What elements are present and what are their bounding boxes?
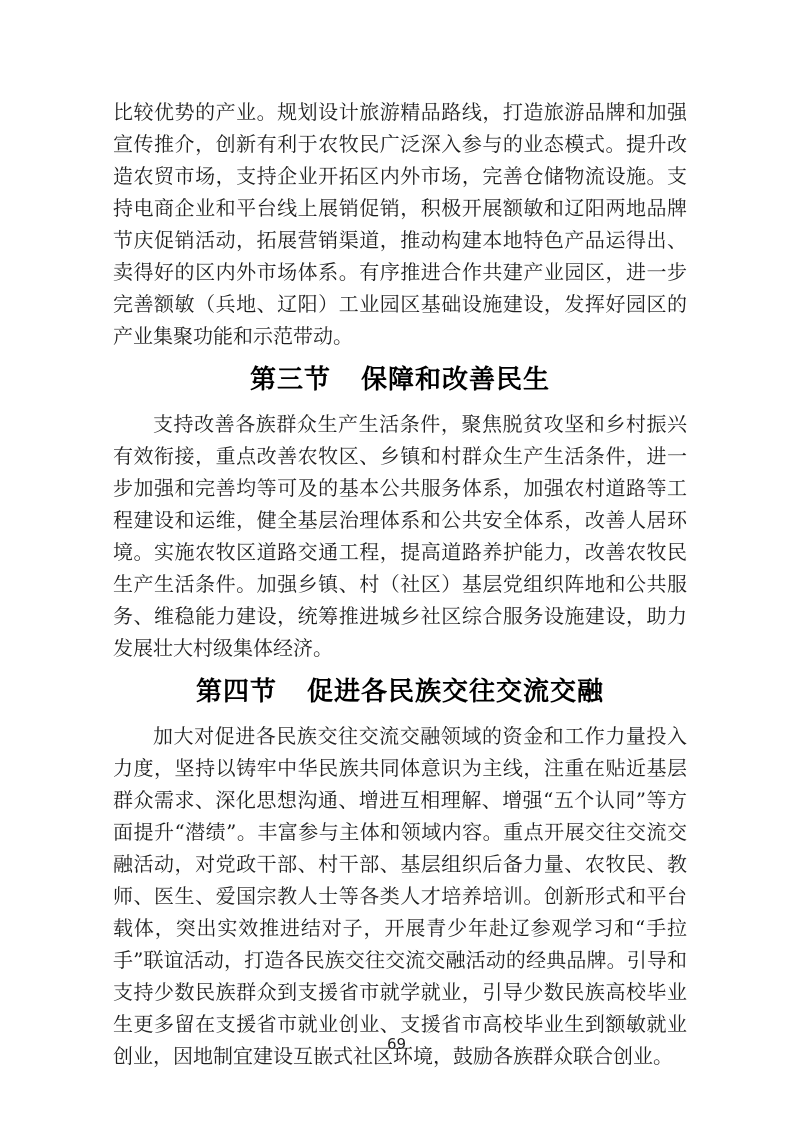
section-4-number: 第四节 bbox=[196, 677, 277, 707]
section-heading-3: 第三节保障和改善民生 bbox=[113, 360, 687, 400]
document-page: 比较优势的产业。规划设计旅游精品路线，打造旅游品牌和加强宣传推介，创新有利于农牧… bbox=[0, 0, 793, 1122]
paragraph-ethnic-exchange: 加大对促进各民族交往交流交融领域的资金和工作力量投入力度，坚持以铸牢中华民族共同… bbox=[113, 720, 687, 1072]
section-4-title: 促进各民族交往交流交融 bbox=[307, 677, 604, 707]
paragraph-industry-development: 比较优势的产业。规划设计旅游精品路线，打造旅游品牌和加强宣传推介，创新有利于农牧… bbox=[113, 96, 687, 352]
page-number: 69 bbox=[0, 1034, 793, 1054]
paragraph-livelihood: 支持改善各族群众生产生活条件，聚焦脱贫攻坚和乡村振兴有效衔接，重点改善农牧区、乡… bbox=[113, 408, 687, 664]
section-3-title: 保障和改善民生 bbox=[361, 365, 550, 395]
section-heading-4: 第四节促进各民族交往交流交融 bbox=[113, 672, 687, 712]
section-3-number: 第三节 bbox=[250, 365, 331, 395]
